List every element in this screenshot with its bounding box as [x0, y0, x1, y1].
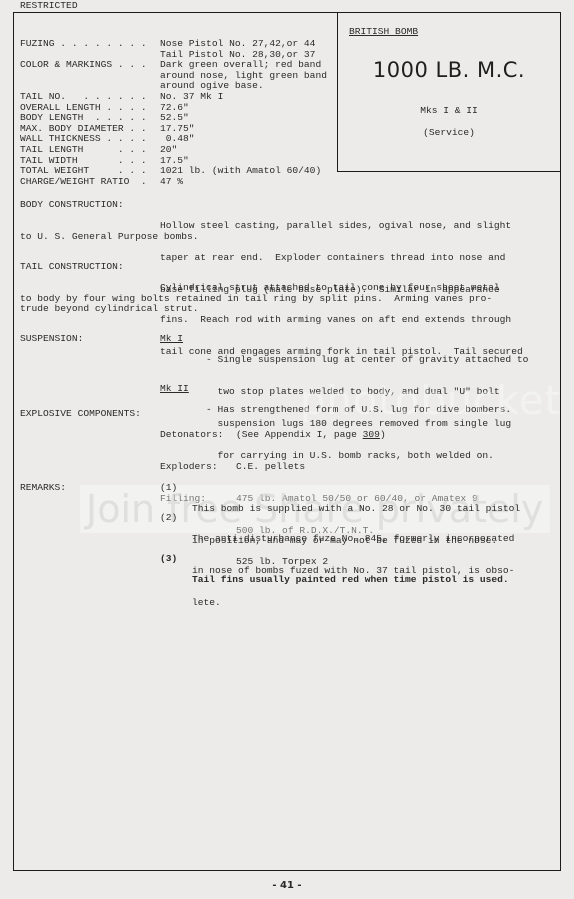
spec-label: FUZING . . . . . . . .: [20, 39, 160, 50]
spec-label: [20, 71, 160, 82]
spec-value: 47 %: [160, 177, 183, 188]
mark-ii-label: Mk II: [160, 384, 189, 395]
spec-row: CHARGE/WEIGHT RATIO .47 %: [20, 177, 327, 188]
exploders-value: C.E. pellets: [236, 462, 478, 473]
spec-label: COLOR & MARKINGS . . .: [20, 60, 160, 71]
bomb-marks: Mks I & II: [338, 106, 560, 117]
remark-number: (3): [160, 554, 177, 565]
section-label: REMARKS:: [20, 483, 66, 494]
suspension-section: SUSPENSION: Mk I - Single suspension lug…: [20, 334, 32, 398]
remark-number: (2): [160, 513, 177, 524]
bomb-category: BRITISH BOMB: [349, 27, 418, 38]
spec-value: Nose Pistol No. 27,42,or 44: [160, 39, 315, 50]
spec-row: TAIL NO. . . . . . .No. 37 Mk I: [20, 92, 327, 103]
spec-label: CHARGE/WEIGHT RATIO .: [20, 177, 160, 188]
text-line: trude beyond cylindrical strut.: [20, 304, 198, 315]
section-label: BODY CONSTRUCTION:: [20, 200, 124, 211]
spec-row: FUZING . . . . . . . .Nose Pistol No. 27…: [20, 39, 327, 50]
spec-label: TAIL LENGTH . . .: [20, 145, 160, 156]
explosive-components-section: EXPLOSIVE COMPONENTS: Detonators: Explod…: [20, 409, 32, 451]
remark-text: Tail fins usually painted red when time …: [192, 554, 509, 607]
spec-label: TAIL NO. . . . . . .: [20, 92, 160, 103]
section-label: SUSPENSION:: [20, 334, 83, 345]
bomb-status: (Service): [338, 128, 560, 139]
remark-number: (1): [160, 483, 177, 494]
detonators-label: Detonators:: [160, 430, 223, 441]
section-label: TAIL CONSTRUCTION:: [20, 262, 124, 273]
bomb-name: 1000 LB. M.C.: [338, 58, 560, 82]
page-number: - 41 -: [0, 880, 574, 891]
body-construction-section: BODY CONSTRUCTION: Hollow steel casting,…: [20, 200, 32, 242]
text-line: to U. S. General Purpose bombs.: [20, 232, 198, 243]
watermark-brand: photobucket: [300, 378, 561, 424]
text-line: The anti-disturbance fuze No. 845, forme…: [192, 534, 514, 545]
spec-row: TAIL LENGTH . . .20": [20, 145, 327, 156]
specifications-list: FUZING . . . . . . . .Nose Pistol No. 27…: [20, 39, 327, 187]
text-line: fins. Reach rod with arming vanes on aft…: [160, 315, 523, 326]
spec-value: No. 37 Mk I: [160, 92, 223, 103]
spec-value: 20": [160, 145, 177, 156]
title-box: BRITISH BOMB 1000 LB. M.C. Mks I & II (S…: [337, 13, 560, 172]
remarks-section: REMARKS: (1) This bomb is supplied with …: [20, 483, 32, 568]
spec-value: 1021 lb. (with Amatol 60/40): [160, 166, 321, 177]
appendix-page-link[interactable]: 309: [363, 429, 380, 440]
exploders-label: Exploders:: [160, 462, 223, 473]
tail-construction-section: TAIL CONSTRUCTION: Cylindrical strut att…: [20, 262, 32, 315]
section-label: EXPLOSIVE COMPONENTS:: [20, 409, 141, 420]
text-line: - Single suspension lug at center of gra…: [206, 355, 528, 366]
text-line: Tail fins usually painted red when time …: [192, 575, 509, 586]
classification-marking: RESTRICTED: [20, 1, 78, 12]
detonators-value: (See Appendix I, page 309): [236, 430, 478, 441]
mark-i-label: Mk I: [160, 334, 183, 345]
text-line: Hollow steel casting, parallel sides, og…: [160, 221, 511, 232]
